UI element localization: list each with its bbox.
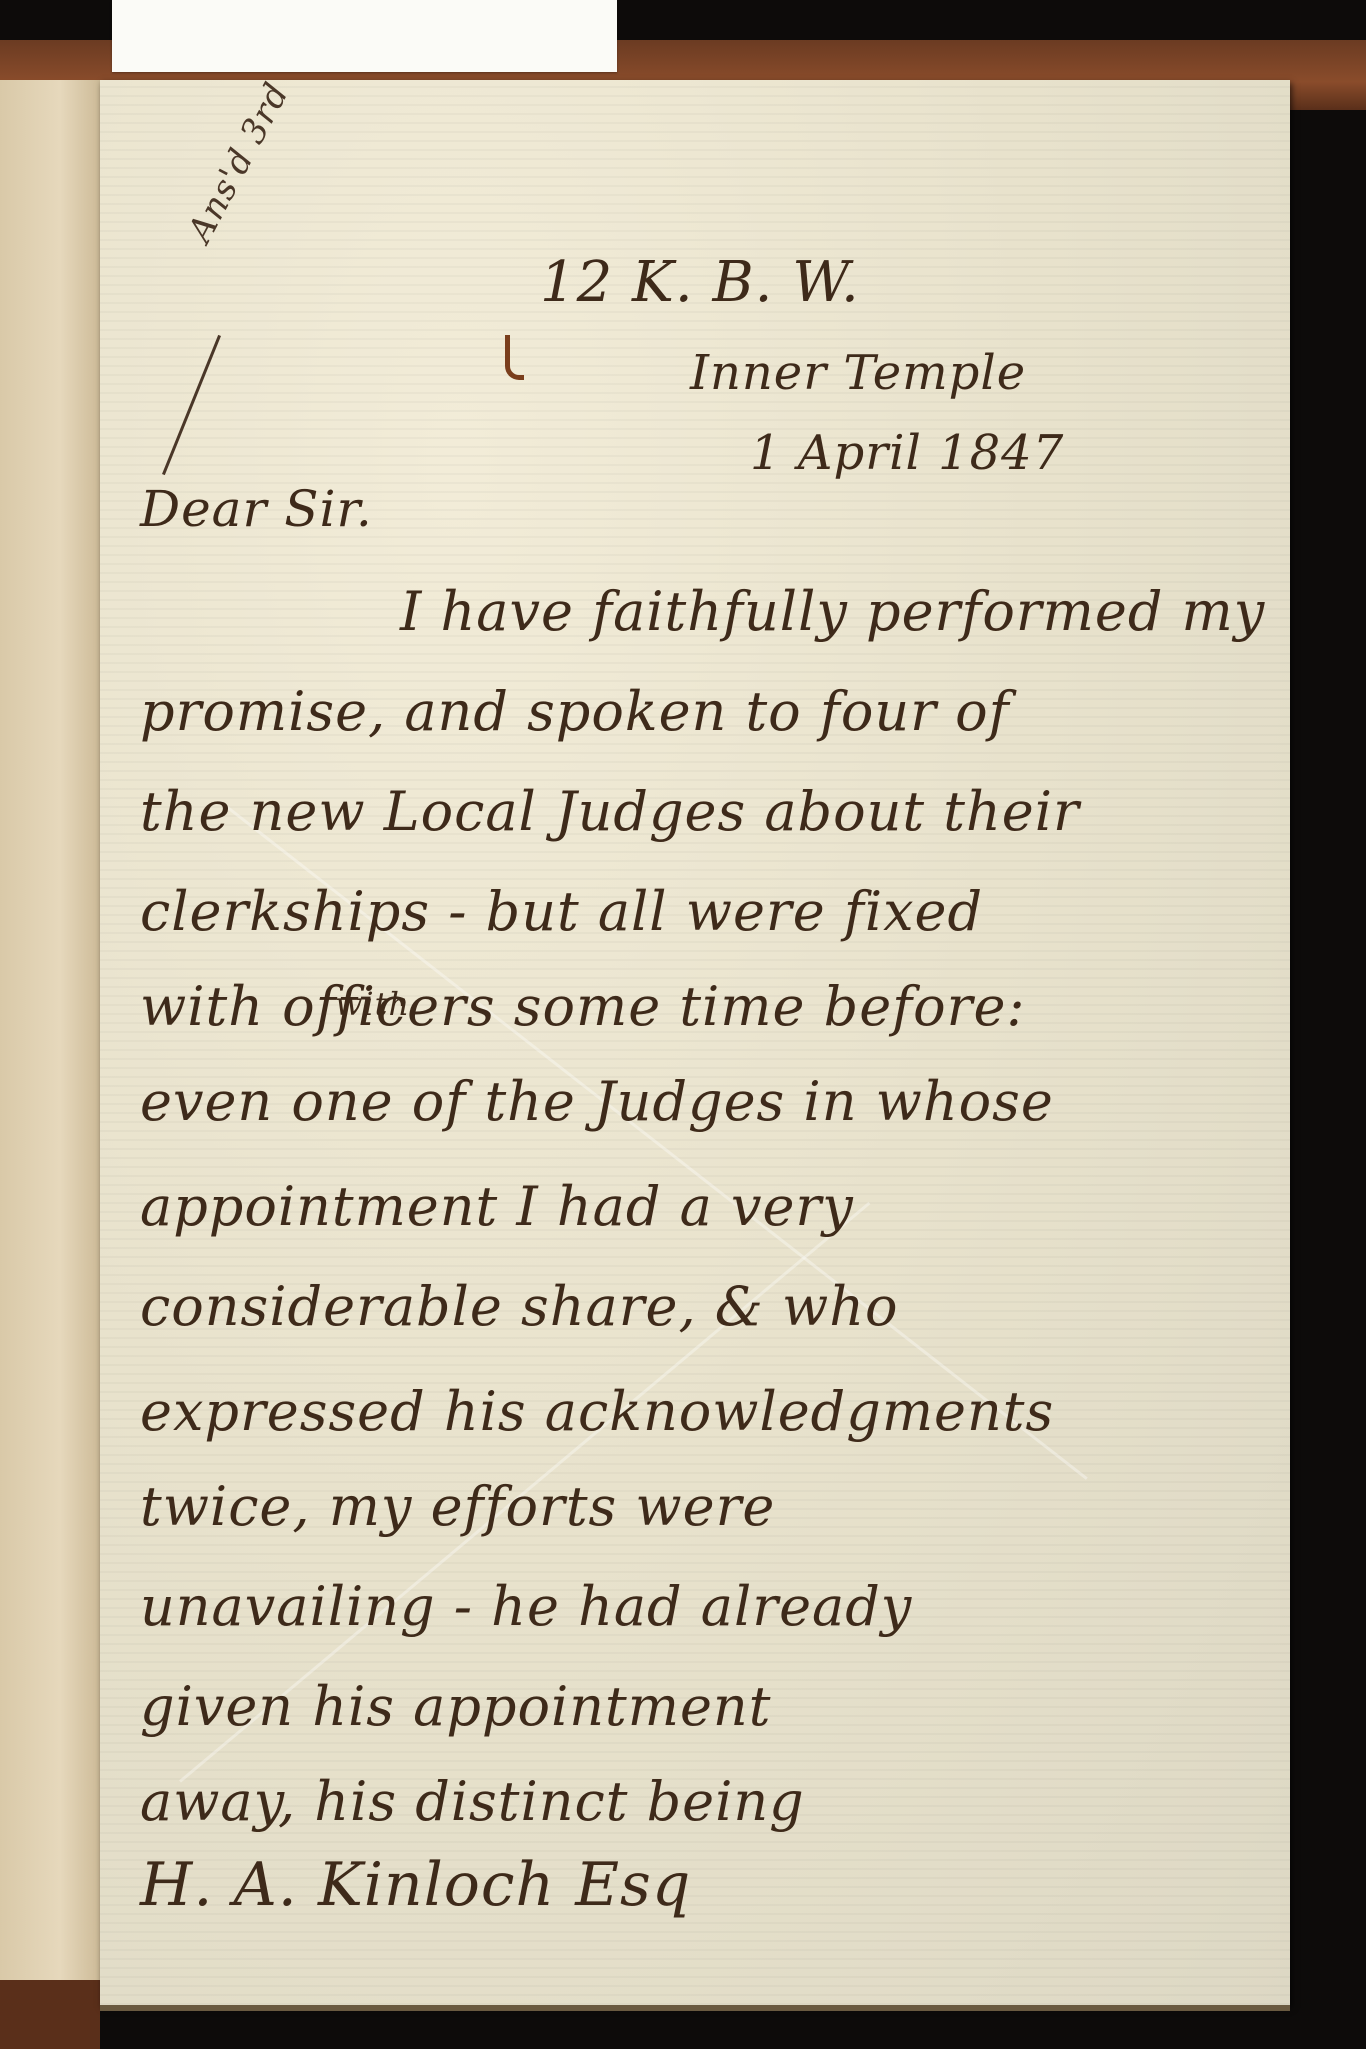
interlinear-insertion: with bbox=[335, 985, 410, 1023]
margin-stroke bbox=[162, 335, 221, 475]
body-line: expressed his acknowledgments bbox=[140, 1380, 1054, 1443]
address-line-2: Inner Temple bbox=[690, 345, 1026, 401]
body-line: given his appointment bbox=[140, 1675, 771, 1738]
page-bottom-edge bbox=[100, 2005, 1290, 2011]
body-line: even one of the Judges in whose bbox=[140, 1070, 1054, 1133]
letter-page: Ans'd 3rd 12 K. B. W. Inner Temple 1 Apr… bbox=[100, 80, 1290, 2005]
body-line: appointment I had a very bbox=[140, 1175, 854, 1238]
archive-label-card bbox=[112, 0, 617, 72]
body-line: twice, my efforts were bbox=[140, 1475, 775, 1538]
body-line: the new Local Judges about their bbox=[140, 780, 1080, 843]
body-line: unavailing - he had already bbox=[140, 1575, 912, 1638]
margin-note: Ans'd 3rd bbox=[180, 76, 297, 249]
salutation: Dear Sir. bbox=[140, 480, 373, 538]
body-line: clerkships - but all were fixed bbox=[140, 880, 983, 943]
ink-mark bbox=[505, 335, 524, 380]
body-line: I have faithfully performed my bbox=[400, 580, 1265, 643]
body-line: promise, and spoken to four of bbox=[140, 680, 1010, 743]
facing-left-page bbox=[0, 80, 103, 1980]
body-line: away, his distinct being bbox=[140, 1770, 805, 1833]
body-line: with officers some time before: bbox=[140, 975, 1026, 1038]
body-line: considerable share, & who bbox=[140, 1275, 899, 1338]
addressee-name: H. A. Kinloch Esq bbox=[140, 1850, 691, 1920]
address-line-1: 12 K. B. W. bbox=[540, 250, 860, 315]
book-cover-bottom-edge bbox=[0, 1980, 100, 2049]
letter-date: 1 April 1847 bbox=[750, 425, 1064, 481]
